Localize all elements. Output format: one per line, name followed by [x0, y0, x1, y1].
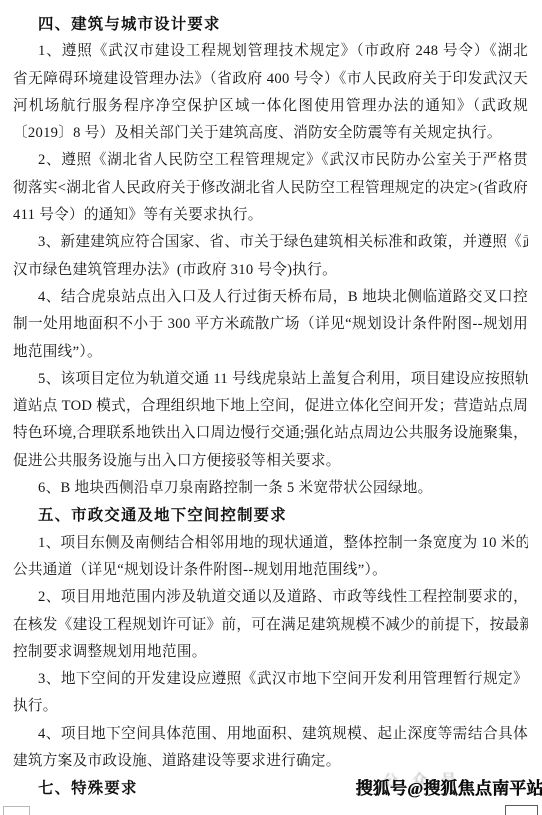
document-text-line: 1、遵照《武汉市建设工程规划管理技术规定》（市政府 248 号令）《湖北: [13, 38, 528, 65]
document-text-line: 1、项目东侧及南侧结合相邻用地的现状通道，整体控制一条宽度为 10 米的: [13, 530, 528, 557]
paragraph: 1、遵照《武汉市建设工程规划管理技术规定》（市政府 248 号令）《湖北省无障碍…: [13, 38, 528, 147]
document-text-line: 4、结合虎泉站点出入口及人行过街天桥布局，B 地块北侧临道路交叉口控: [13, 284, 528, 311]
document-text-line: 汉市绿色建筑管理办法》(市政府 310 号令)执行。: [13, 257, 528, 284]
paragraph: 6、B 地块西侧沿卓刀泉南路控制一条 5 米宽带状公园绿地。: [13, 475, 528, 502]
document-text-line: 411 号令）的通知》等有关要求执行。: [13, 202, 528, 229]
document-text-line: 〔2019〕8 号）及相关部门关于建筑高度、消防安全防震等有关规定执行。: [13, 120, 528, 147]
document-text-line: 彻落实<湖北省人民政府关于修改湖北省人民防空工程管理规定的决定>(省政府: [13, 175, 528, 202]
paragraph: 3、地下空间的开发建设应遵照《武汉市地下空间开发利用管理暂行规定》执行。: [13, 666, 528, 721]
document-text-line: 5、该项目定位为轨道交通 11 号线虎泉站上盖复合利用，项目建设应按照轨: [13, 366, 528, 393]
document-text-line: 制一处用地面积不小于 300 平方米疏散广场（详见“规划设计条件附图--规划用: [13, 311, 528, 338]
sohu-watermark-text: 搜狐号@搜狐焦点南平站: [356, 774, 542, 799]
section-heading: 四、建筑与城市设计要求: [13, 11, 528, 38]
paragraph: 3、新建建筑应符合国家、省、市关于绿色建筑相关标准和政策，并遵照《武汉市绿色建筑…: [13, 229, 528, 284]
document-text-line: 河机场航行服务程序净空保护区域一体化图使用管理办法的通知》（武政规: [13, 93, 528, 120]
document-text-line: 地范围线”）。: [13, 339, 528, 366]
document-text-line: 在核发《建设工程规划许可证》前，可在满足建筑规模不减少的前提下，按最新: [13, 612, 528, 639]
document-text-line: 执行。: [13, 693, 528, 720]
paragraph: 1、项目东侧及南侧结合相邻用地的现状通道，整体控制一条宽度为 10 米的公共通道…: [13, 530, 528, 585]
document-text-line: 6、B 地块西侧沿卓刀泉南路控制一条 5 米宽带状公园绿地。: [13, 475, 528, 502]
document-text-line: 4、项目地下空间具体范围、用地面积、建筑规模、起止深度等需结合具体: [13, 721, 528, 748]
paragraph: 4、项目地下空间具体范围、用地面积、建筑规模、起止深度等需结合具体建筑方案及市政…: [13, 721, 528, 776]
document-text-line: 特色环境,合理联系地铁出入口周边慢行交通;强化站点周边公共服务设施聚集，: [13, 420, 528, 447]
bottom-left-table-corner: [3, 806, 30, 815]
document-text-line: 促进公共服务设施与出入口方便接驳等相关要求。: [13, 448, 528, 475]
paragraph: 5、该项目定位为轨道交通 11 号线虎泉站上盖复合利用，项目建设应按照轨道站点 …: [13, 366, 528, 475]
document-page: { "page": { "background": "#ffffff", "te…: [0, 0, 542, 815]
document-text-line: 3、新建建筑应符合国家、省、市关于绿色建筑相关标准和政策，并遵照《武: [13, 229, 528, 256]
paragraph: 2、项目用地范围内涉及轨道交通以及道路、市政等线性工程控制要求的，在核发《建设工…: [13, 584, 528, 666]
paragraph: 2、遵照《湖北省人民防空工程管理规定》《武汉市民防办公室关于严格贯彻落实<湖北省…: [13, 147, 528, 229]
document-text-line: 省无障碍环境建设管理办法》（省政府 400 号令）《市人民政府关于印发武汉天: [13, 66, 528, 93]
bottom-right-table-corner: [505, 805, 538, 815]
document-text-line: 控制要求调整规划用地范围。: [13, 639, 528, 666]
document-text-line: 道站点 TOD 模式，合理组织地下地上空间，促进立体化空间开发；营造站点周边: [13, 393, 528, 420]
paragraph: 4、结合虎泉站点出入口及人行过街天桥布局，B 地块北侧临道路交叉口控制一处用地面…: [13, 284, 528, 366]
document-text-line: 公共通道（详见“规划设计条件附图--规划用地范围线”）。: [13, 557, 528, 584]
document-text-line: 3、地下空间的开发建设应遵照《武汉市地下空间开发利用管理暂行规定》: [13, 666, 528, 693]
document-text-line: 2、遵照《湖北省人民防空工程管理规定》《武汉市民防办公室关于严格贯: [13, 147, 528, 174]
document-body: 四、建筑与城市设计要求1、遵照《武汉市建设工程规划管理技术规定》（市政府 248…: [13, 11, 528, 803]
section-heading: 五、市政交通及地下空间控制要求: [13, 502, 528, 529]
document-text-line: 2、项目用地范围内涉及轨道交通以及道路、市政等线性工程控制要求的，: [13, 584, 528, 611]
